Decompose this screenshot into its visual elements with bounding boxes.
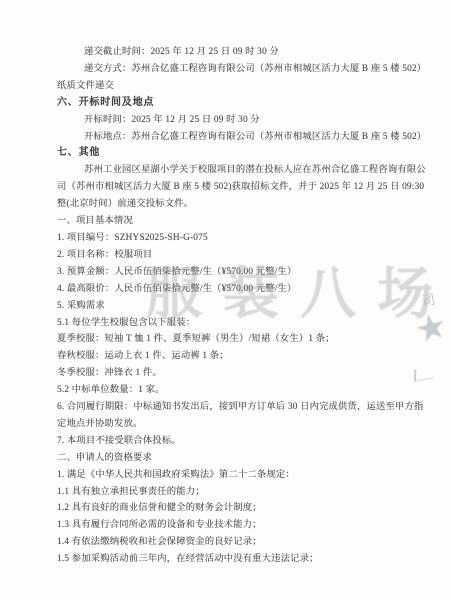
document-paragraph: 1. 项目编号：SZHYS2025-SH-G-075 [57,230,428,247]
document-paragraph: 递交截止时间：2025 年 12 月 25 日 09 时 30 分 [57,44,428,61]
document-paragraph: 春秋校服：运动上衣 1 件、运动裤 1 条； [57,348,428,365]
document-paragraph: 7. 本项目不接受联合体投标。 [57,433,428,450]
document-paragraph: 2. 项目名称：校服项目 [57,247,428,264]
document-paragraph: 1.3 具有履行合同所必需的设备和专业技术能力； [57,517,428,534]
document-paragraph: 6. 合同履行期限：中标通知书发出后，接到甲方订单后 30 日内完成供货，运送至… [57,399,428,433]
document-paragraph: 1.2 具有良好的商业信誉和健全的财务会计制度； [57,500,428,517]
scanned-document-page: 递交截止时间：2025 年 12 月 25 日 09 时 30 分递交方式：苏州… [0,0,450,600]
section-heading: 七、其他 [57,145,428,162]
document-paragraph: 5.1 每位学生校服包含以下服装： [57,315,428,332]
document-paragraph: 开标时间：2025 年 12 月 25 日 09 时 30 分 [57,112,428,129]
document-paragraph: 二、申请人的资格要求 [57,450,428,467]
section-heading: 六、开标时间及地点 [57,95,428,112]
document-paragraph: 5.2 中标单位数量：1 家。 [57,382,428,399]
document-paragraph: 1.5 参加采购活动前三年内，在经营活动中没有重大违法记录； [57,551,428,568]
document-paragraph: 一、项目基本情况 [57,213,428,230]
document-paragraph: 3. 预算金额：人民币伍佰柒拾元整/生（¥570.00 元整/生） [57,264,428,281]
document-paragraph: 1.4 有依法缴纳税收和社会保障资金的良好记录； [57,534,428,551]
document-paragraph: 开标地点：苏州合亿盛工程咨询有限公司（苏州市相城区活力大厦 B 座 5 楼 50… [57,129,428,146]
document-paragraph: 夏季校服：短袖 T 恤 1 件、夏季短裤（男生）/短裙（女生）1 条； [57,331,428,348]
document-paragraph: 苏州工业园区星湖小学关于校服项目的潜在投标人应在苏州合亿盛工程咨询有限公司（苏州… [57,162,428,213]
document-paragraph: 冬季校服：冲锋衣 1 件。 [57,365,428,382]
document-paragraph: 5. 采购需求 [57,298,428,315]
document-paragraph: 1.1 具有独立承担民事责任的能力； [57,484,428,501]
document-paragraph: 4. 最高限价：人民币伍佰柒拾元整/生（¥570.00 元整/生） [57,281,428,298]
document-body: 递交截止时间：2025 年 12 月 25 日 09 时 30 分递交方式：苏州… [57,44,428,568]
document-paragraph: 递交方式：苏州合亿盛工程咨询有限公司（苏州市相城区活力大厦 B 座 5 楼 50… [57,61,428,95]
document-paragraph: 1. 满足《中华人民共和国政府采购法》第二十二条规定： [57,467,428,484]
